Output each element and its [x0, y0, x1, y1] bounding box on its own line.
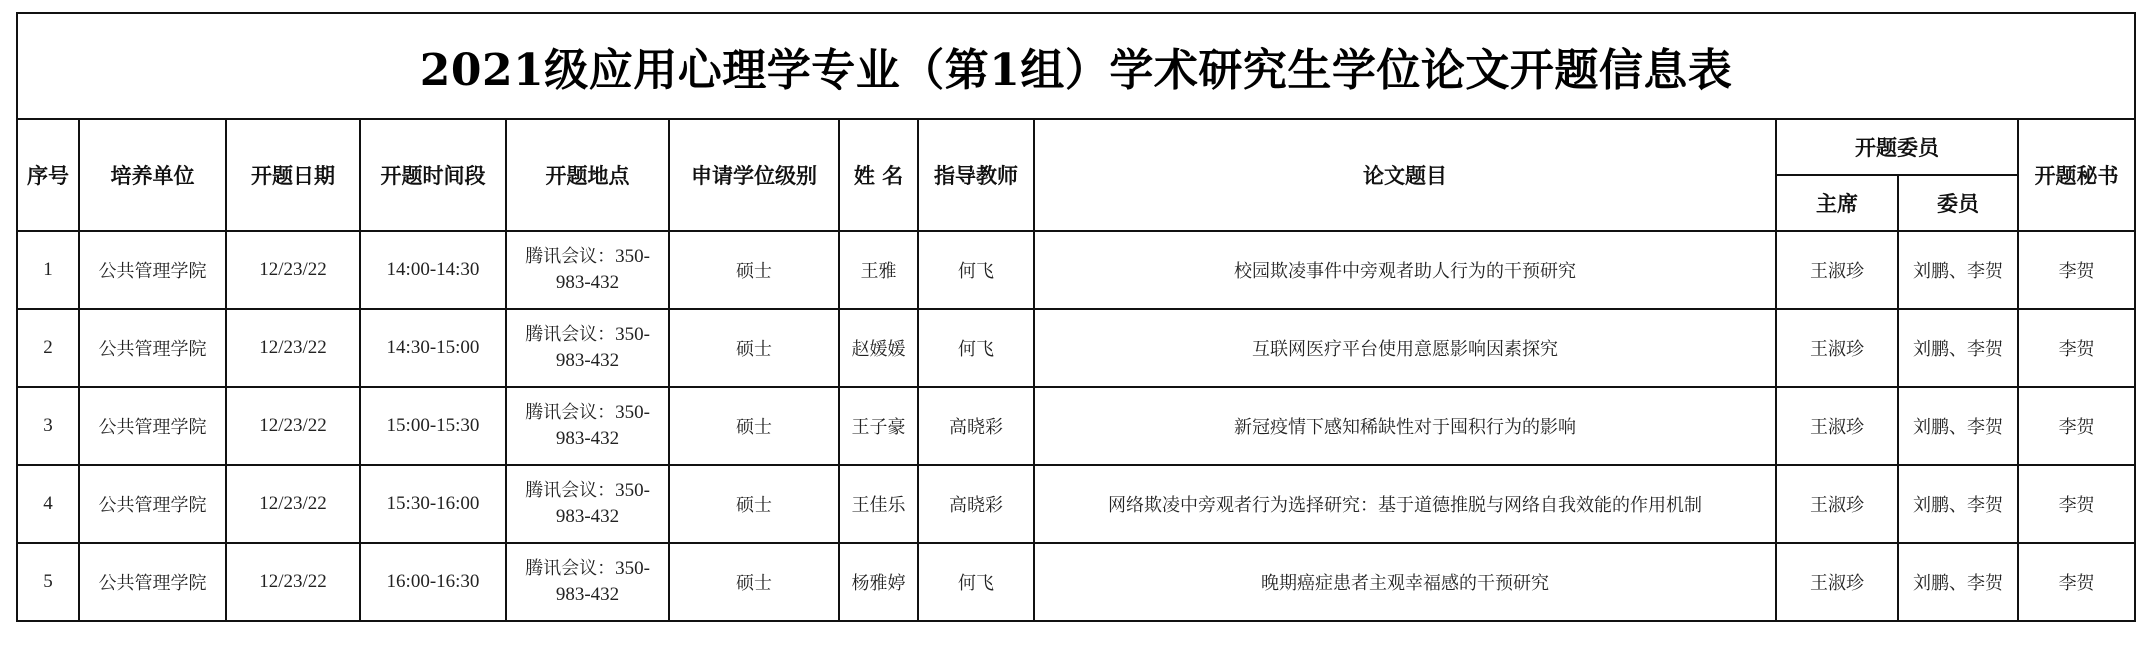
- cell-date: 12/23/22: [226, 543, 360, 621]
- cell-unit: 公共管理学院: [79, 309, 226, 387]
- table-row: 2 公共管理学院 12/23/22 14:30-15:00 腾讯会议：350-9…: [17, 309, 2135, 387]
- cell-name: 王佳乐: [839, 465, 918, 543]
- cell-name: 赵媛媛: [839, 309, 918, 387]
- cell-unit: 公共管理学院: [79, 543, 226, 621]
- cell-location: 腾讯会议：350-983-432: [506, 309, 669, 387]
- table-row: 5 公共管理学院 12/23/22 16:00-16:30 腾讯会议：350-9…: [17, 543, 2135, 621]
- cell-advisor: 高晓彩: [918, 387, 1034, 465]
- location-label: 腾讯会议：: [525, 324, 615, 345]
- cell-secretary: 李贺: [2018, 387, 2135, 465]
- header-location: 开题地点: [506, 119, 669, 231]
- cell-degree-level: 硕士: [669, 543, 839, 621]
- location-number-part2: 983-432: [556, 428, 619, 449]
- location-label: 腾讯会议：: [525, 480, 615, 501]
- cell-unit: 公共管理学院: [79, 231, 226, 309]
- location-number-part2: 983-432: [556, 272, 619, 293]
- cell-time-slot: 15:30-16:00: [360, 465, 506, 543]
- cell-date: 12/23/22: [226, 309, 360, 387]
- cell-chair: 王淑珍: [1776, 387, 1898, 465]
- cell-secretary: 李贺: [2018, 231, 2135, 309]
- cell-location: 腾讯会议：350-983-432: [506, 231, 669, 309]
- cell-name: 杨雅婷: [839, 543, 918, 621]
- header-secretary: 开题秘书: [2018, 119, 2135, 231]
- cell-secretary: 李贺: [2018, 309, 2135, 387]
- cell-time-slot: 16:00-16:30: [360, 543, 506, 621]
- header-thesis-title: 论文题目: [1034, 119, 1776, 231]
- cell-location: 腾讯会议：350-983-432: [506, 465, 669, 543]
- cell-date: 12/23/22: [226, 387, 360, 465]
- location-number-part1: 350-: [615, 246, 650, 267]
- cell-index: 1: [17, 231, 79, 309]
- cell-index: 3: [17, 387, 79, 465]
- cell-degree-level: 硕士: [669, 309, 839, 387]
- cell-degree-level: 硕士: [669, 387, 839, 465]
- cell-date: 12/23/22: [226, 465, 360, 543]
- cell-advisor: 何飞: [918, 309, 1034, 387]
- cell-time-slot: 14:00-14:30: [360, 231, 506, 309]
- table-row: 1 公共管理学院 12/23/22 14:00-14:30 腾讯会议：350-9…: [17, 231, 2135, 309]
- cell-advisor: 高晓彩: [918, 465, 1034, 543]
- cell-name: 王子豪: [839, 387, 918, 465]
- location-number-part2: 983-432: [556, 584, 619, 605]
- cell-thesis-title: 校园欺凌事件中旁观者助人行为的干预研究: [1034, 231, 1776, 309]
- cell-index: 5: [17, 543, 79, 621]
- location-number-part1: 350-: [615, 558, 650, 579]
- cell-members: 刘鹏、李贺: [1898, 231, 2018, 309]
- cell-chair: 王淑珍: [1776, 465, 1898, 543]
- title-row: 2021级应用心理学专业（第1组）学术研究生学位论文开题信息表: [17, 13, 2135, 119]
- cell-location: 腾讯会议：350-983-432: [506, 543, 669, 621]
- table-row: 4 公共管理学院 12/23/22 15:30-16:00 腾讯会议：350-9…: [17, 465, 2135, 543]
- header-degree-level: 申请学位级别: [669, 119, 839, 231]
- thesis-proposal-table: 2021级应用心理学专业（第1组）学术研究生学位论文开题信息表 序号 培养单位 …: [16, 12, 2136, 622]
- location-number-part1: 350-: [615, 324, 650, 345]
- cell-secretary: 李贺: [2018, 543, 2135, 621]
- cell-chair: 王淑珍: [1776, 231, 1898, 309]
- header-members: 委员: [1898, 175, 2018, 231]
- table-row: 3 公共管理学院 12/23/22 15:00-15:30 腾讯会议：350-9…: [17, 387, 2135, 465]
- cell-date: 12/23/22: [226, 231, 360, 309]
- cell-unit: 公共管理学院: [79, 465, 226, 543]
- cell-time-slot: 15:00-15:30: [360, 387, 506, 465]
- cell-index: 2: [17, 309, 79, 387]
- location-number-part1: 350-: [615, 402, 650, 423]
- cell-members: 刘鹏、李贺: [1898, 309, 2018, 387]
- cell-members: 刘鹏、李贺: [1898, 543, 2018, 621]
- cell-members: 刘鹏、李贺: [1898, 465, 2018, 543]
- cell-index: 4: [17, 465, 79, 543]
- cell-degree-level: 硕士: [669, 231, 839, 309]
- cell-advisor: 何飞: [918, 543, 1034, 621]
- header-time-slot: 开题时间段: [360, 119, 506, 231]
- cell-time-slot: 14:30-15:00: [360, 309, 506, 387]
- cell-advisor: 何飞: [918, 231, 1034, 309]
- cell-chair: 王淑珍: [1776, 543, 1898, 621]
- cell-secretary: 李贺: [2018, 465, 2135, 543]
- header-name: 姓 名: [839, 119, 918, 231]
- location-number-part2: 983-432: [556, 350, 619, 371]
- location-label: 腾讯会议：: [525, 402, 615, 423]
- location-number-part2: 983-432: [556, 506, 619, 527]
- cell-thesis-title: 互联网医疗平台使用意愿影响因素探究: [1034, 309, 1776, 387]
- cell-members: 刘鹏、李贺: [1898, 387, 2018, 465]
- cell-thesis-title: 晚期癌症患者主观幸福感的干预研究: [1034, 543, 1776, 621]
- cell-unit: 公共管理学院: [79, 387, 226, 465]
- cell-degree-level: 硕士: [669, 465, 839, 543]
- location-label: 腾讯会议：: [525, 246, 615, 267]
- cell-chair: 王淑珍: [1776, 309, 1898, 387]
- header-row: 序号 培养单位 开题日期 开题时间段 开题地点 申请学位级别 姓 名 指导教师 …: [17, 119, 2135, 175]
- document-title: 2021级应用心理学专业（第1组）学术研究生学位论文开题信息表: [17, 13, 2135, 119]
- location-label: 腾讯会议：: [525, 558, 615, 579]
- cell-thesis-title: 网络欺凌中旁观者行为选择研究：基于道德推脱与网络自我效能的作用机制: [1034, 465, 1776, 543]
- header-date: 开题日期: [226, 119, 360, 231]
- header-unit: 培养单位: [79, 119, 226, 231]
- header-committee: 开题委员: [1776, 119, 2018, 175]
- location-number-part1: 350-: [615, 480, 650, 501]
- header-advisor: 指导教师: [918, 119, 1034, 231]
- header-index: 序号: [17, 119, 79, 231]
- header-chair: 主席: [1776, 175, 1898, 231]
- cell-location: 腾讯会议：350-983-432: [506, 387, 669, 465]
- cell-thesis-title: 新冠疫情下感知稀缺性对于囤积行为的影响: [1034, 387, 1776, 465]
- cell-name: 王雅: [839, 231, 918, 309]
